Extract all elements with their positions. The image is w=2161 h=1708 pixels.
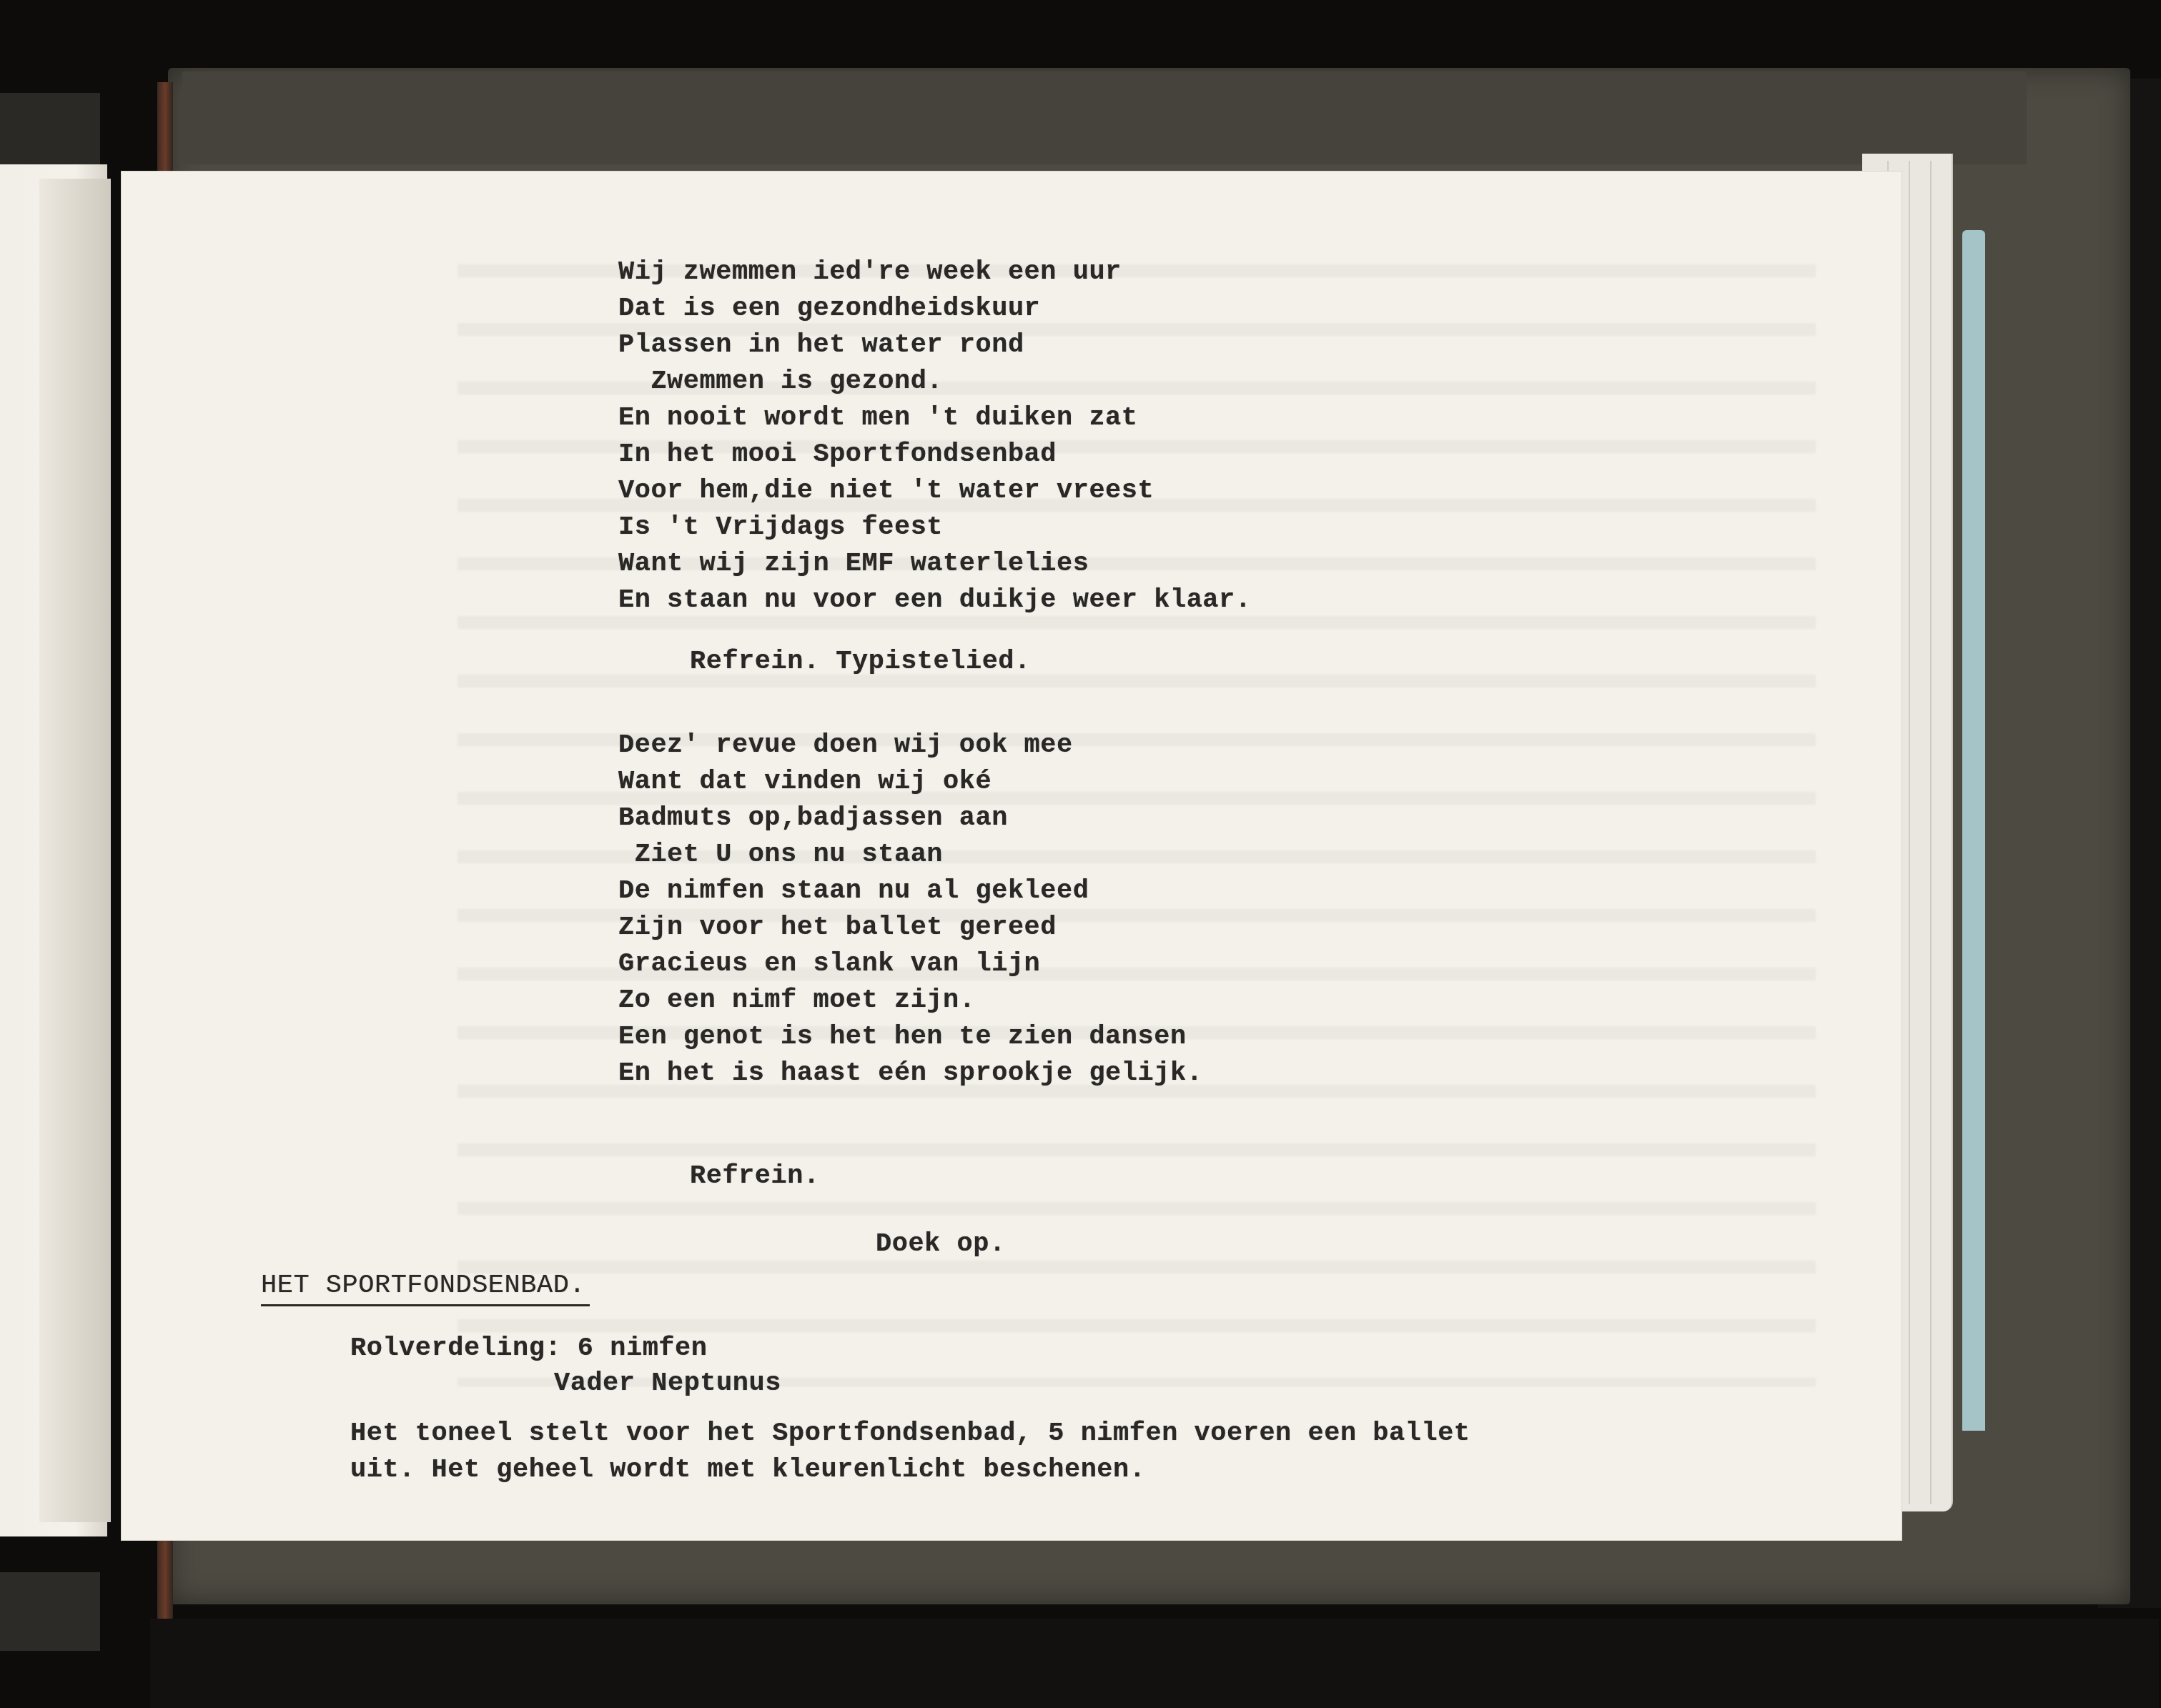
verse-line: De nimfen staan nu al gekleed [618, 876, 1089, 906]
verse-line: Plassen in het water rond [618, 330, 1024, 360]
verse-line: Want wij zijn EMF waterlelies [618, 549, 1089, 579]
verse-line: Deez' revue doen wij ook mee [618, 730, 1073, 760]
verse-line: Voor hem,die niet 't water vreest [618, 476, 1154, 506]
verse-line: Is 't Vrijdags feest [618, 512, 943, 542]
verse-line: Dat is een gezondheidskuur [618, 294, 1040, 324]
book-cover-bottom-edge [150, 1619, 2159, 1708]
left-page-gutter-shadow [39, 179, 111, 1522]
scene-heading-underline [261, 1304, 590, 1306]
verse-line: Gracieus en slank van lijn [618, 949, 1040, 979]
book-cover-top [182, 71, 2027, 164]
verse-line: Wij zwemmen ied're week een uur [618, 257, 1122, 287]
cast-list: Rolverdeling: 6 nimfen [350, 1334, 707, 1364]
cast-list-extra: Vader Neptunus [554, 1369, 781, 1399]
refrain-2: Refrein. [690, 1161, 820, 1191]
scene-heading: HET SPORTFONDSENBAD. [261, 1271, 585, 1301]
verse-line: Zwemmen is gezond. [618, 367, 943, 397]
page-edge-line [1909, 161, 1910, 1504]
verse-line: In het mooi Sportfondsenbad [618, 440, 1057, 470]
description-line: Het toneel stelt voor het Sportfondsenba… [350, 1419, 1470, 1449]
left-cover-board [0, 93, 100, 164]
description-line: uit. Het geheel wordt met kleurenlicht b… [350, 1455, 1145, 1485]
verse-line: En het is haast eén sprookje gelijk. [618, 1058, 1202, 1088]
verse-line: En staan nu voor een duikje weer klaar. [618, 585, 1251, 615]
left-cover-board-bottom [0, 1572, 100, 1651]
verse-line: En nooit wordt men 't duiken zat [618, 403, 1138, 433]
refrain-1: Refrein. Typistelied. [690, 647, 1031, 677]
verse-line: Ziet U ons nu staan [618, 840, 943, 870]
verse-line: Badmuts op,badjassen aan [618, 803, 1008, 833]
stage-direction: Doek op. [876, 1229, 1006, 1259]
verse-line: Want dat vinden wij oké [618, 767, 992, 797]
blue-divider-tab [1962, 230, 1985, 1431]
typewritten-page: Wij zwemmen ied're week een uurDat is ee… [122, 172, 1902, 1540]
verse-line: Zijn voor het ballet gereed [618, 913, 1057, 943]
verse-line: Een genot is het hen te zien dansen [618, 1022, 1187, 1052]
page-edge-line [1930, 161, 1932, 1504]
verse-line: Zo een nimf moet zijn. [618, 985, 975, 1016]
